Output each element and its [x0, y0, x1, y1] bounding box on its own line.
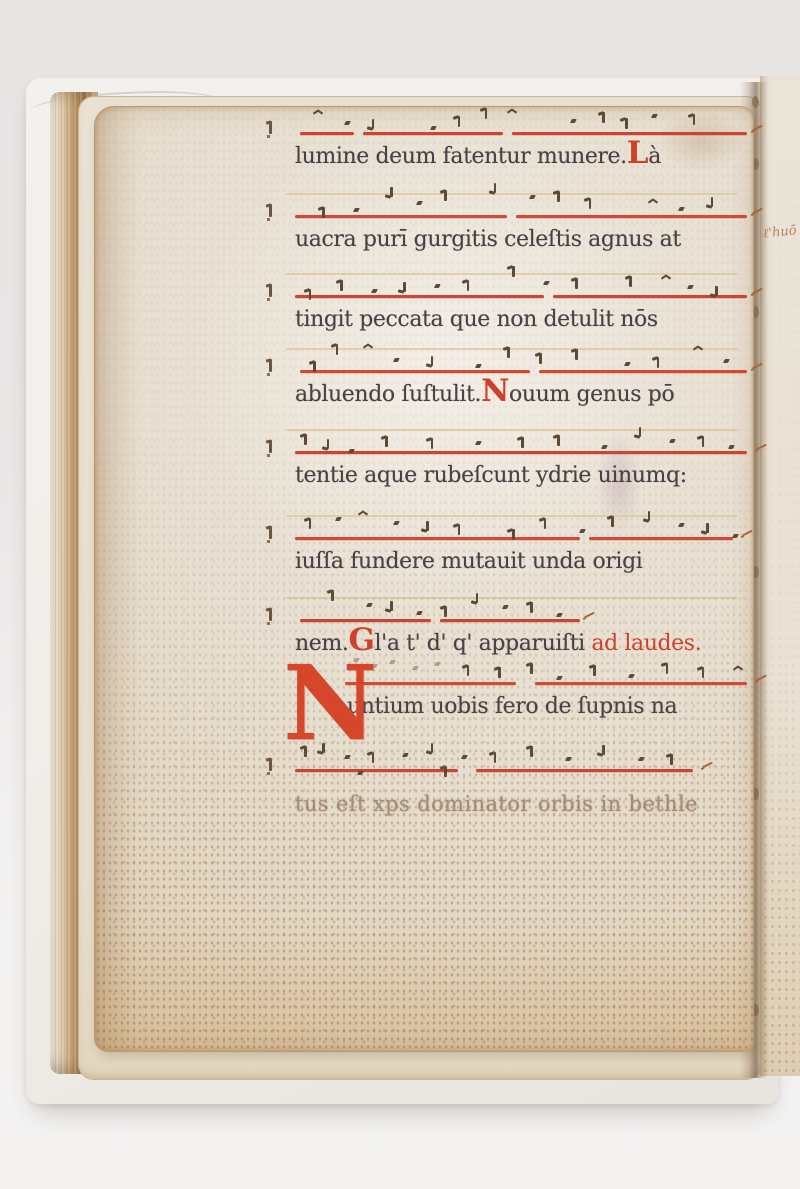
neume-punctum-icon [728, 445, 735, 449]
neume-punctum-icon [602, 445, 609, 449]
neume-virga-icon [575, 349, 578, 360]
neume-clivis-icon [363, 343, 372, 350]
red-staff-line [476, 769, 693, 772]
clef-icon [269, 440, 272, 453]
neume-punctum-icon [638, 757, 645, 761]
text-segment: lumine deum fatentur munere. [295, 144, 627, 169]
custos-tick-icon [743, 530, 754, 537]
neume-clivis-icon [313, 109, 322, 116]
neume-virga-icon [611, 516, 614, 527]
text-segment: tentie aque rubeſcunt ydrie uinumq: [295, 463, 687, 488]
neume-virga-icon [309, 289, 312, 300]
red-staff-line [589, 537, 734, 540]
red-staff-line [516, 215, 747, 218]
chant-text-line: untium uobis fero de ſupnis na [347, 694, 800, 719]
clef-icon [269, 284, 272, 297]
neume-virga-icon [629, 276, 632, 287]
neume-punctum-icon [389, 660, 396, 664]
neume-punctum-icon [434, 662, 441, 666]
neume-virga-icon [431, 438, 434, 449]
text-segment: tingit peccata que non detulit nōs [295, 307, 658, 332]
neume-virga-icon [530, 746, 533, 757]
neume-punctum-icon [502, 605, 509, 609]
neume-clivis-icon [648, 198, 657, 205]
neume-virga-icon [625, 118, 628, 129]
neume-punctum-icon [461, 755, 468, 759]
neume-punctum-icon [412, 666, 419, 670]
neume-punctum-icon [430, 126, 437, 130]
neume-punctum-icon [579, 529, 586, 533]
red-staff-line [539, 370, 747, 373]
neume-virga-icon [521, 437, 524, 448]
neume-virga-icon [458, 524, 461, 535]
neume-virga-icon [530, 602, 533, 613]
chant-text-line: lumine deum fatentur munere.Là [295, 144, 765, 169]
neume-punctum-icon [565, 757, 572, 761]
neume-punctum-icon [394, 521, 401, 525]
neume-punctum-icon [669, 439, 676, 443]
dry-point-guide-line [286, 429, 738, 431]
chant-text-line: tentie aque rubeſcunt ydrie uinumq: [295, 463, 765, 488]
neume-punctum-icon [416, 611, 423, 615]
neume-virga-icon [485, 108, 488, 119]
red-staff-line [295, 295, 544, 298]
red-staff-line [295, 537, 580, 540]
neume-virga-icon [702, 436, 705, 447]
neume-punctum-icon [651, 114, 658, 118]
clef-icon [269, 359, 272, 372]
neume-virga-icon [331, 590, 334, 601]
neume-punctum-icon [416, 201, 423, 205]
chant-text-line: tus eſt xps dominator orbis in bethle [295, 792, 765, 817]
neume-punctum-icon [357, 771, 364, 775]
rubricated-initial: L [627, 135, 648, 171]
neume-punctum-icon [434, 284, 441, 288]
neume-virga-icon [666, 663, 669, 674]
clef-icon [269, 121, 272, 134]
neume-virga-icon [467, 280, 470, 291]
neume-pes-icon [431, 743, 434, 753]
neume-pes-icon [403, 282, 406, 292]
neume-virga-icon [444, 190, 447, 201]
neume-pes-icon [390, 187, 393, 197]
neume-virga-icon [602, 112, 605, 123]
text-segment: tus eſt xps dominator orbis in bethle [295, 792, 698, 816]
neume-virga-icon [309, 518, 312, 529]
neume-virga-icon [512, 266, 515, 277]
neume-virga-icon [313, 361, 316, 372]
neume-virga-icon [444, 606, 447, 617]
neume-pes-icon [431, 356, 434, 366]
text-segment: à [648, 144, 661, 169]
chant-text-line: abluendo ſuſtulit.Nouum genus pō [295, 382, 765, 407]
chant-text-line: uacra purī gurgitis celeſtis agnus at [295, 227, 765, 252]
neume-virga-icon [575, 278, 578, 289]
neume-virga-icon [512, 529, 515, 540]
neume-virga-icon [539, 353, 542, 364]
neume-virga-icon [467, 665, 470, 676]
neume-pes-icon [390, 601, 393, 611]
neume-clivis-icon [733, 665, 742, 672]
text-segment: iuſſa fundere mutauit unda origi [295, 549, 642, 574]
chant-text-line: tingit peccata que non detulit nōs [295, 307, 765, 332]
neume-virga-icon [589, 198, 592, 209]
neume-virga-icon [444, 766, 447, 777]
red-staff-line [300, 132, 354, 135]
neume-punctum-icon [344, 121, 351, 125]
neume-punctum-icon [733, 534, 740, 538]
neume-punctum-icon [475, 441, 482, 445]
neume-virga-icon [702, 667, 705, 678]
illuminated-initial-N: N [283, 657, 347, 777]
neume-punctum-icon [556, 613, 563, 617]
neume-punctum-icon [543, 281, 550, 285]
neume-punctum-icon [403, 753, 410, 757]
neume-virga-icon [498, 667, 501, 678]
rubricated-initial: N [481, 373, 509, 409]
neume-pes-icon [476, 593, 479, 603]
neume-punctum-icon [678, 523, 685, 527]
neume-clivis-icon [661, 274, 670, 281]
text-segment: l'a t' d' q' apparuiſti [375, 631, 592, 656]
neume-pes-icon [711, 197, 714, 207]
neume-pes-icon [426, 521, 429, 531]
custos-tick-icon [702, 762, 713, 769]
red-staff-line [295, 451, 747, 454]
text-segment: abluendo ſuſtulit. [295, 382, 481, 407]
neume-pes-icon [648, 511, 651, 521]
red-staff-line [535, 682, 747, 685]
neume-punctum-icon [678, 207, 685, 211]
red-staff-line [363, 132, 503, 135]
neume-punctum-icon [335, 517, 342, 521]
neume-pes-icon [639, 427, 642, 437]
neume-virga-icon [670, 754, 673, 765]
neume-virga-icon [340, 280, 343, 291]
neume-pes-icon [706, 523, 709, 533]
neume-clivis-icon [358, 510, 367, 517]
neume-punctum-icon [394, 358, 401, 362]
neume-punctum-icon [570, 119, 577, 123]
neume-virga-icon [507, 347, 510, 358]
neume-clivis-icon [507, 108, 516, 115]
neume-virga-icon [304, 434, 307, 445]
clef-icon [269, 526, 272, 539]
chant-text-block: lumine deum fatentur munere.Làuacra purī… [295, 107, 747, 967]
neume-punctum-icon [724, 359, 731, 363]
clef-icon [269, 204, 272, 217]
parchment-page: lumine deum fatentur munere.Làuacra purī… [94, 106, 754, 1052]
neume-punctum-icon [353, 208, 360, 212]
neume-punctum-icon [556, 676, 563, 680]
dry-point-guide-line [286, 348, 738, 350]
neume-virga-icon [336, 344, 339, 355]
dry-point-guide-line [286, 597, 738, 599]
dry-point-guide-line [286, 193, 738, 195]
neume-virga-icon [530, 663, 533, 674]
neume-virga-icon [657, 357, 660, 368]
neume-virga-icon [557, 435, 560, 446]
neume-pes-icon [372, 119, 375, 129]
neume-virga-icon [458, 116, 461, 127]
neume-virga-icon [593, 665, 596, 676]
neume-pes-icon [327, 439, 330, 449]
clef-icon [269, 608, 272, 621]
dry-point-guide-line [286, 515, 738, 517]
neume-punctum-icon [687, 285, 694, 289]
neume-punctum-icon [366, 603, 373, 607]
neume-punctum-icon [624, 362, 631, 366]
neume-virga-icon [693, 114, 696, 125]
neume-pes-icon [715, 286, 718, 296]
clef-icon [269, 758, 272, 771]
neume-virga-icon [557, 191, 560, 202]
neume-punctum-icon [629, 674, 636, 678]
chant-text-line: iuſſa fundere mutauit unda origi [295, 549, 765, 574]
red-staff-line [295, 215, 507, 218]
neume-punctum-icon [371, 289, 378, 293]
custos-tick-icon [584, 612, 595, 619]
neume-virga-icon [494, 752, 497, 763]
neume-virga-icon [322, 207, 325, 218]
neume-punctum-icon [529, 195, 536, 199]
photo-backdrop: ℓ'huõ lumine deum fatentur munere.Làuacr… [0, 0, 800, 1189]
neume-virga-icon [544, 518, 547, 529]
text-segment: ouum genus pō [509, 382, 674, 407]
text-segment: untium uobis fero de ſupnis na [347, 694, 677, 719]
text-segment: ad laudes. [591, 631, 701, 656]
neume-clivis-icon [693, 345, 702, 352]
sewing-knot [752, 96, 759, 108]
neume-virga-icon [385, 436, 388, 447]
red-staff-line [440, 619, 580, 622]
neume-pes-icon [602, 745, 605, 755]
neume-punctum-icon [475, 364, 482, 368]
text-segment: uacra purī gurgitis celeſtis agnus at [295, 227, 681, 252]
